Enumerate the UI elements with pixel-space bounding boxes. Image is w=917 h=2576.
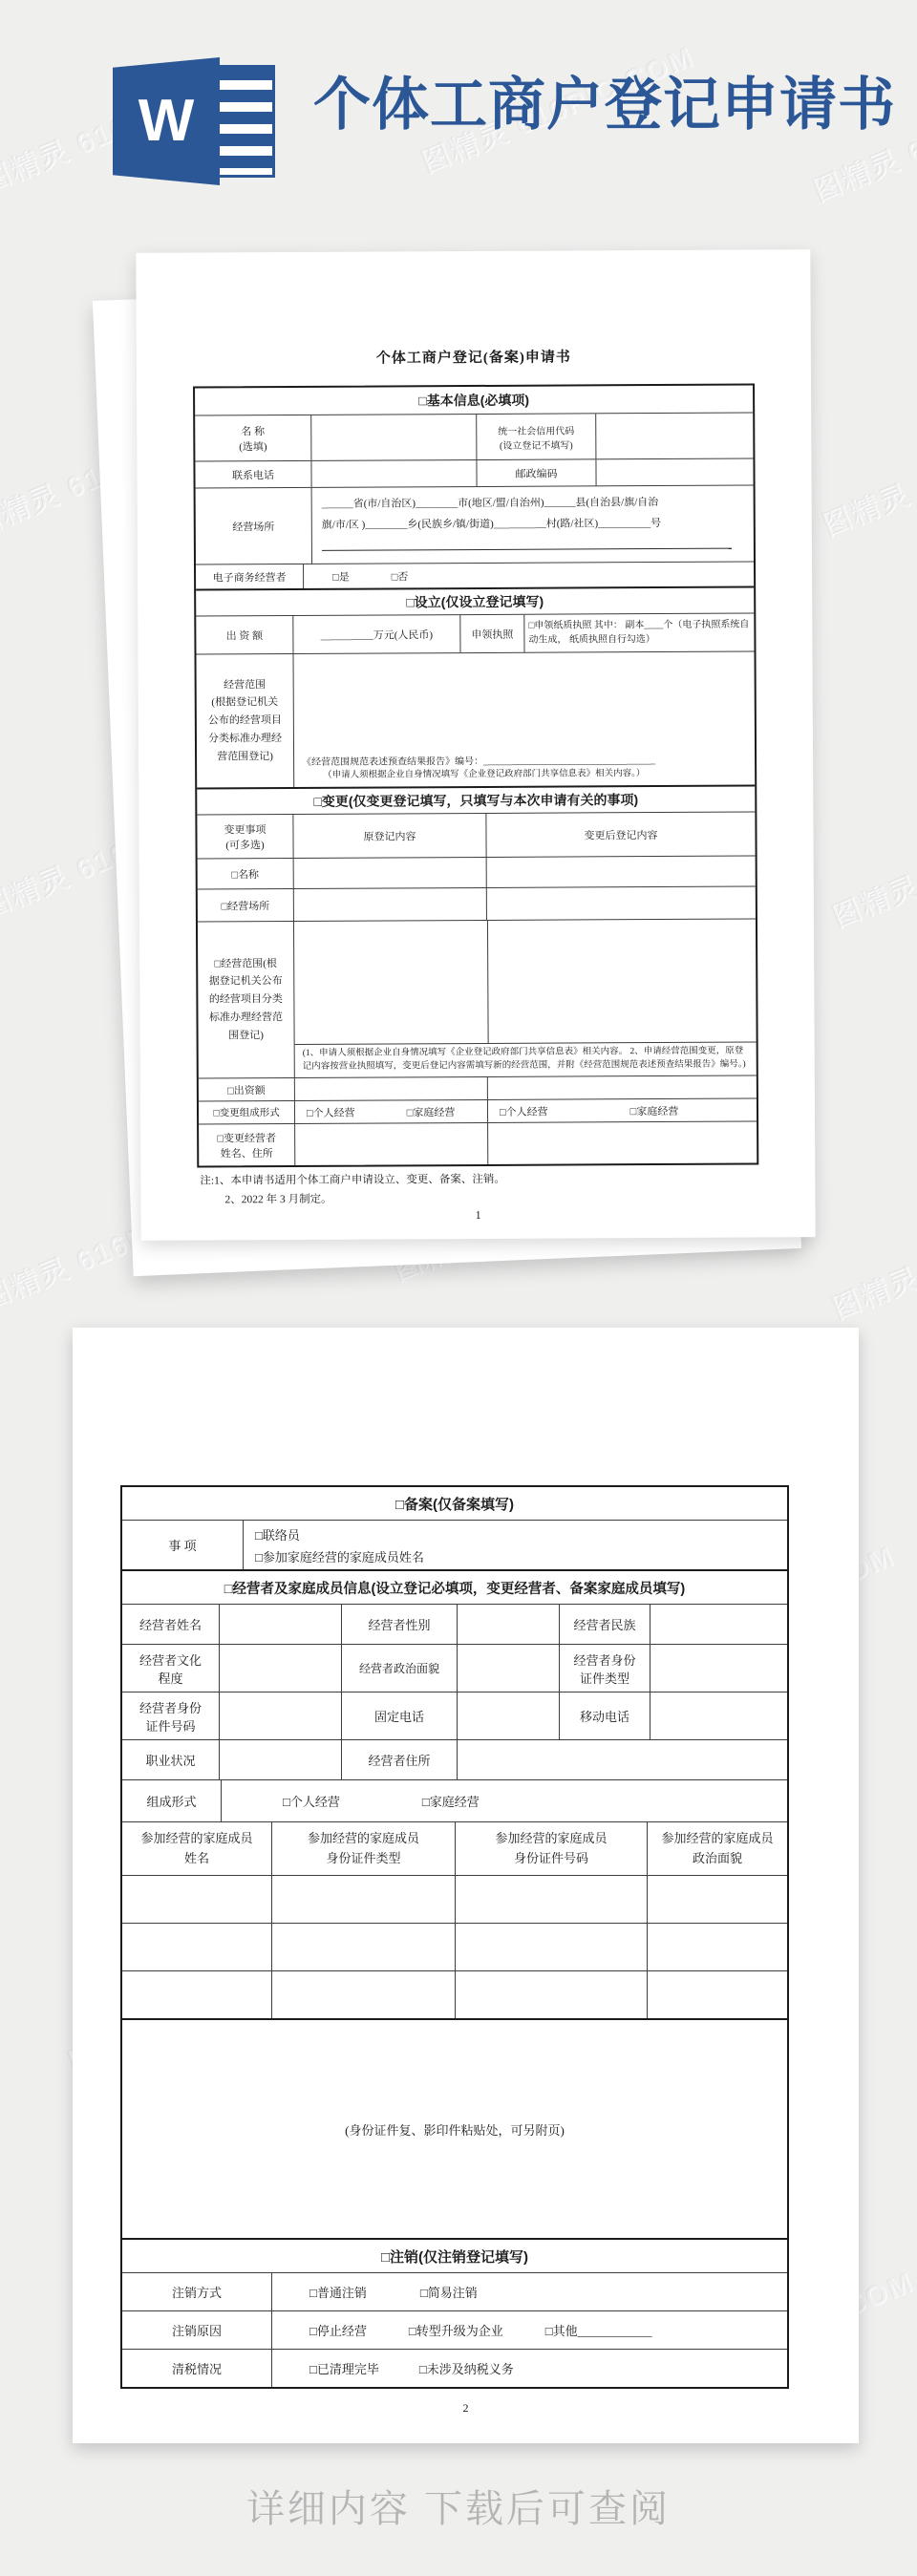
page1-number: 1: [141, 1206, 816, 1224]
change-premises-label: □经营场所: [198, 889, 293, 922]
doc1-note2: 2、2022 年 3 月制定。: [200, 1189, 505, 1210]
section-header-operator-info: □经营者及家庭成员信息(设立登记必填项，变更经营者、备案家庭成员填写): [122, 1569, 787, 1604]
checkbox-personal: □个人经营: [500, 1103, 548, 1118]
checkbox-normal-cancel: □普通注销: [309, 2283, 367, 2301]
section-header-cancel: □注销(仅注销登记填写): [122, 2238, 787, 2272]
change-form-after: □个人经营 □家庭经营: [487, 1098, 757, 1121]
footer-caption: 详细内容 下载后可查阅: [0, 2479, 917, 2533]
phone-value-cell: [310, 460, 476, 487]
form-type-options: □个人经营 □家庭经营: [221, 1780, 787, 1821]
empty-cell: [271, 1924, 455, 1970]
doc1-notes: 注:1、本申请书适用个体工商户申请设立、变更、备案、注销。 2、2022 年 3…: [200, 1170, 505, 1210]
row-job-address: 职业状况 经营者住所: [122, 1739, 787, 1779]
capital-value: __________万元(人民币): [292, 615, 459, 653]
checkbox-personal: □个人经营: [283, 1792, 340, 1810]
checkbox-personal: □个人经营: [307, 1104, 355, 1119]
row-operator-1: 经营者姓名 经营者性别 经营者民族: [122, 1604, 787, 1644]
checkbox-family: □家庭经营: [407, 1104, 456, 1119]
page2-table: □备案(仅备案填写) 事 项 □联络员 □参加家庭经营的家庭成员姓名 □经营者及…: [120, 1485, 789, 2389]
premises-blank-text: ______省(市/自治区)________市(地区/盟/自治州)______县…: [322, 492, 744, 536]
row-cancel-method: 注销方式 □普通注销 □简易注销: [122, 2272, 787, 2310]
cancel-method-label: 注销方式: [122, 2273, 271, 2310]
empty-cell: [294, 1077, 487, 1100]
empty-cell: [293, 858, 486, 888]
empty-cell: [650, 1692, 787, 1739]
license-label: 申领执照: [459, 615, 523, 652]
row-ecommerce: 电子商务经营者 □是 □否: [196, 561, 754, 588]
tax-status-options: □已清理完毕 □未涉及纳税义务: [271, 2350, 787, 2387]
page1-sheet: 个体工商户登记(备案)申请书 □基本信息(必填项) 名 称 (选填) 统一社会信…: [136, 249, 815, 1241]
license-option: □申领纸质执照 其中： 副本____个（电子执照系统自动生成， 纸质执照自行勾选…: [523, 613, 754, 651]
empty-cell: [455, 1876, 647, 1923]
empty-cell: [455, 1924, 647, 1970]
row-phone-postcode: 联系电话 邮政编码: [195, 458, 753, 487]
uscc-value-cell: [595, 413, 753, 458]
doc1-note1: 注:1、本申请书适用个体工商户申请设立、变更、备案、注销。: [200, 1170, 505, 1191]
col-header-after: 变更后登记内容: [485, 812, 755, 856]
checkbox-simple-cancel: □简易注销: [420, 2283, 478, 2301]
id-paste-note: (身份证件复、影印件粘贴处，可另附页): [122, 2020, 787, 2238]
empty-cell: [294, 1123, 487, 1165]
premises-cell: ______省(市/自治区)________市(地区/盟/自治州)______县…: [311, 485, 754, 563]
cancel-reason-label: 注销原因: [122, 2311, 271, 2349]
empty-cell: [650, 1645, 787, 1692]
operator-phone-label: 固定电话: [341, 1692, 457, 1739]
empty-cell: [486, 856, 756, 886]
operator-politics-label: 经营者政治面貌: [341, 1645, 457, 1692]
empty-cell: [457, 1605, 559, 1644]
checkbox-other: □其他____________: [545, 2321, 652, 2339]
row-change-form: □变更组成形式 □个人经营 □家庭经营 □个人经营 □家庭经营: [199, 1097, 757, 1123]
change-name-label: □名称: [198, 859, 293, 889]
checkbox-family: □家庭经营: [630, 1102, 679, 1118]
row-operator-3: 经营者身份 证件号码 固定电话 移动电话: [122, 1692, 787, 1739]
row-business-scope: 经营范围 (根据登记机关 公布的经营项目 分类标准办理经 营范围登记) 《经营范…: [196, 650, 755, 787]
page1-table: □基本信息(必填项) 名 称 (选填) 统一社会信用代码 (设立登记不填写) 联…: [193, 383, 758, 1167]
empty-cell: [294, 921, 488, 1045]
uscc-label: 统一社会信用代码 (设立登记不填写): [476, 414, 595, 459]
name-value-cell: [310, 415, 476, 460]
page-title: 个体工商户登记申请书: [313, 59, 910, 141]
scope-label: 经营范围 (根据登记机关 公布的经营项目 分类标准办理经 营范围登记): [197, 654, 294, 788]
empty-cell: [647, 1971, 787, 2018]
row-member-blank-2: [122, 1923, 787, 1970]
empty-cell: [219, 1740, 341, 1779]
operator-education-label: 经营者文化 程度: [122, 1645, 219, 1692]
row-id-paste-area: (身份证件复、影印件粘贴处，可另附页): [122, 2018, 787, 2238]
page2-sheet: □备案(仅备案填写) 事 项 □联络员 □参加家庭经营的家庭成员姓名 □经营者及…: [73, 1328, 859, 2443]
premises-label: 经营场所: [196, 488, 311, 564]
job-label: 职业状况: [122, 1740, 219, 1779]
section-header-basic-info: □基本信息(必填项): [195, 385, 753, 415]
checkbox-yes: □是: [332, 568, 350, 584]
name-label: 名 称 (选填): [195, 415, 310, 461]
empty-cell: [647, 1924, 787, 1970]
empty-cell: [650, 1605, 787, 1644]
change-operator-label: □变更经营者 姓名、住所: [199, 1124, 294, 1166]
tax-status-label: 清税情况: [122, 2350, 271, 2387]
empty-cell: [293, 888, 486, 921]
row-name-uscc: 名 称 (选填) 统一社会信用代码 (设立登记不填写): [195, 412, 753, 460]
phone-label: 联系电话: [195, 461, 310, 488]
address-label: 经营者住所: [341, 1740, 457, 1779]
row-change-name: □名称: [198, 855, 756, 888]
empty-cell: [457, 1645, 559, 1692]
scope-cell: 《经营范围规范表述预查结果报告》编号：_____________________…: [292, 651, 755, 787]
row-member-headers: 参加经营的家庭成员 姓名 参加经营的家庭成员 身份证件类型 参加经营的家庭成员 …: [122, 1821, 787, 1875]
empty-cell: [457, 1740, 787, 1779]
change-capital-label: □出资额: [199, 1078, 294, 1101]
row-premises: 经营场所 ______省(市/自治区)________市(地区/盟/自治州)__…: [196, 484, 754, 564]
checkbox-no-tax: □未涉及纳税义务: [419, 2359, 514, 2377]
capital-label: 出 资 额: [196, 616, 292, 654]
col-header-before: 原登记内容: [292, 814, 485, 858]
checkbox-family: □家庭经营: [422, 1792, 480, 1810]
word-icon-panel: W: [113, 57, 220, 185]
cancel-reason-options: □停止经营 □转型升级为企业 □其他____________: [271, 2311, 787, 2349]
empty-cell: [487, 1075, 757, 1098]
empty-cell: [219, 1692, 341, 1739]
change-form-label: □变更组成形式: [199, 1101, 294, 1124]
member-idnumber-header: 参加经营的家庭成员 身份证件号码: [455, 1822, 647, 1875]
section-header-filing: □备案(仅备案填写): [122, 1487, 787, 1520]
section-header-change: □变更(仅变更登记填写，只填写与本次申请有关的事项): [197, 784, 755, 814]
empty-cell: [122, 1971, 271, 2018]
operator-idnumber-label: 经营者身份 证件号码: [122, 1692, 219, 1739]
empty-cell: [647, 1876, 787, 1923]
empty-cell: [486, 886, 756, 919]
row-change-columns: 变更事项 (可多选) 原登记内容 变更后登记内容: [197, 811, 755, 858]
change-form-before: □个人经营 □家庭经营: [294, 1100, 487, 1123]
row-change-scope: □经营范围(根 据登记机关公布 的经营项目分类 标准办理经营范 围登记) (1、…: [198, 918, 757, 1077]
empty-cell: [487, 919, 757, 1043]
filing-options: □联络员 □参加家庭经营的家庭成员姓名: [243, 1521, 787, 1569]
change-scope-label: □经营范围(根 据登记机关公布 的经营项目分类 标准办理经营范 围登记): [198, 922, 294, 1078]
ecommerce-label: 电子商务经营者: [196, 564, 303, 589]
empty-cell: [122, 1876, 271, 1923]
empty-cell: [455, 1971, 647, 2018]
row-capital-license: 出 资 额 __________万元(人民币) 申领执照 □申领纸质执照 其中：…: [196, 612, 754, 653]
doc1-title: 个体工商户登记(备案)申请书: [137, 345, 811, 369]
member-idtype-header: 参加经营的家庭成员 身份证件类型: [271, 1822, 455, 1875]
operator-ethnic-label: 经营者民族: [559, 1605, 650, 1644]
ecommerce-options: □是 □否: [303, 562, 754, 587]
empty-cell: [487, 1121, 757, 1163]
row-member-blank-1: [122, 1875, 787, 1923]
row-change-operator: □变更经营者 姓名、住所: [199, 1120, 757, 1165]
row-form-type: 组成形式 □个人经营 □家庭经营: [122, 1779, 787, 1821]
operator-gender-label: 经营者性别: [341, 1605, 457, 1644]
watermark: 图精灵 616PIC.COM: [815, 396, 917, 544]
empty-cell: [271, 1971, 455, 2018]
postcode-value-cell: [595, 458, 753, 485]
empty-cell: [457, 1692, 559, 1739]
scope-note2: （申请人须根据企业自身情况填写《企业登记政府部门共享信息表》相关内容。）: [302, 768, 747, 783]
form-type-label: 组成形式: [122, 1780, 221, 1821]
watermark: 图精灵 616PIC.COM: [824, 1180, 917, 1328]
change-scope-blank-row: [294, 919, 757, 1044]
member-politics-header: 参加经营的家庭成员 政治面貌: [647, 1822, 787, 1875]
checkbox-upgrade: □转型升级为企业: [409, 2321, 503, 2339]
blank-line: [322, 547, 732, 551]
postcode-label: 邮政编码: [476, 459, 595, 486]
operator-mobile-label: 移动电话: [559, 1692, 650, 1739]
row-filing-items: 事 项 □联络员 □参加家庭经营的家庭成员姓名: [122, 1520, 787, 1569]
row-change-premises: □经营场所: [198, 885, 756, 921]
empty-cell: [122, 1924, 271, 1970]
row-cancel-reason: 注销原因 □停止经营 □转型升级为企业 □其他____________: [122, 2310, 787, 2349]
cancel-method-options: □普通注销 □简易注销: [271, 2273, 787, 2310]
section-header-setup: □设立(仅设立登记填写): [196, 585, 754, 615]
empty-cell: [271, 1876, 455, 1923]
change-scope-note: (1、申请人须根据企业自身情况填写《企业登记政府部门共享信息表》相关内容。 2、…: [295, 1042, 757, 1077]
row-member-blank-3: [122, 1970, 787, 2018]
row-operator-2: 经营者文化 程度 经营者政治面貌 经营者身份 证件类型: [122, 1644, 787, 1692]
operator-name-label: 经营者姓名: [122, 1605, 219, 1644]
checkbox-liaison: □联络员: [255, 1525, 776, 1543]
empty-cell: [219, 1645, 341, 1692]
row-tax-status: 清税情况 □已清理完毕 □未涉及纳税义务: [122, 2349, 787, 2387]
filing-item-label: 事 项: [122, 1521, 243, 1569]
word-icon: W: [113, 57, 275, 185]
scope-blank-area: [302, 656, 748, 756]
operator-idtype-label: 经营者身份 证件类型: [559, 1645, 650, 1692]
empty-cell: [219, 1605, 341, 1644]
checkbox-stop-business: □停止经营: [309, 2321, 367, 2339]
change-item-label: 变更事项 (可多选): [197, 815, 292, 859]
checkbox-tax-cleared: □已清理完毕: [309, 2359, 379, 2377]
checkbox-family-members: □参加家庭经营的家庭成员姓名: [255, 1547, 776, 1565]
checkbox-no: □否: [392, 568, 409, 584]
watermark: 图精灵 616PIC.COM: [824, 788, 917, 936]
word-icon-letter: W: [139, 92, 195, 151]
row-change-capital: □出资额: [199, 1075, 757, 1100]
change-scope-cells: (1、申请人须根据企业自身情况填写《企业登记政府部门共享信息表》相关内容。 2、…: [293, 919, 757, 1077]
member-name-header: 参加经营的家庭成员 姓名: [122, 1822, 271, 1875]
page2-number: 2: [73, 2401, 859, 2416]
